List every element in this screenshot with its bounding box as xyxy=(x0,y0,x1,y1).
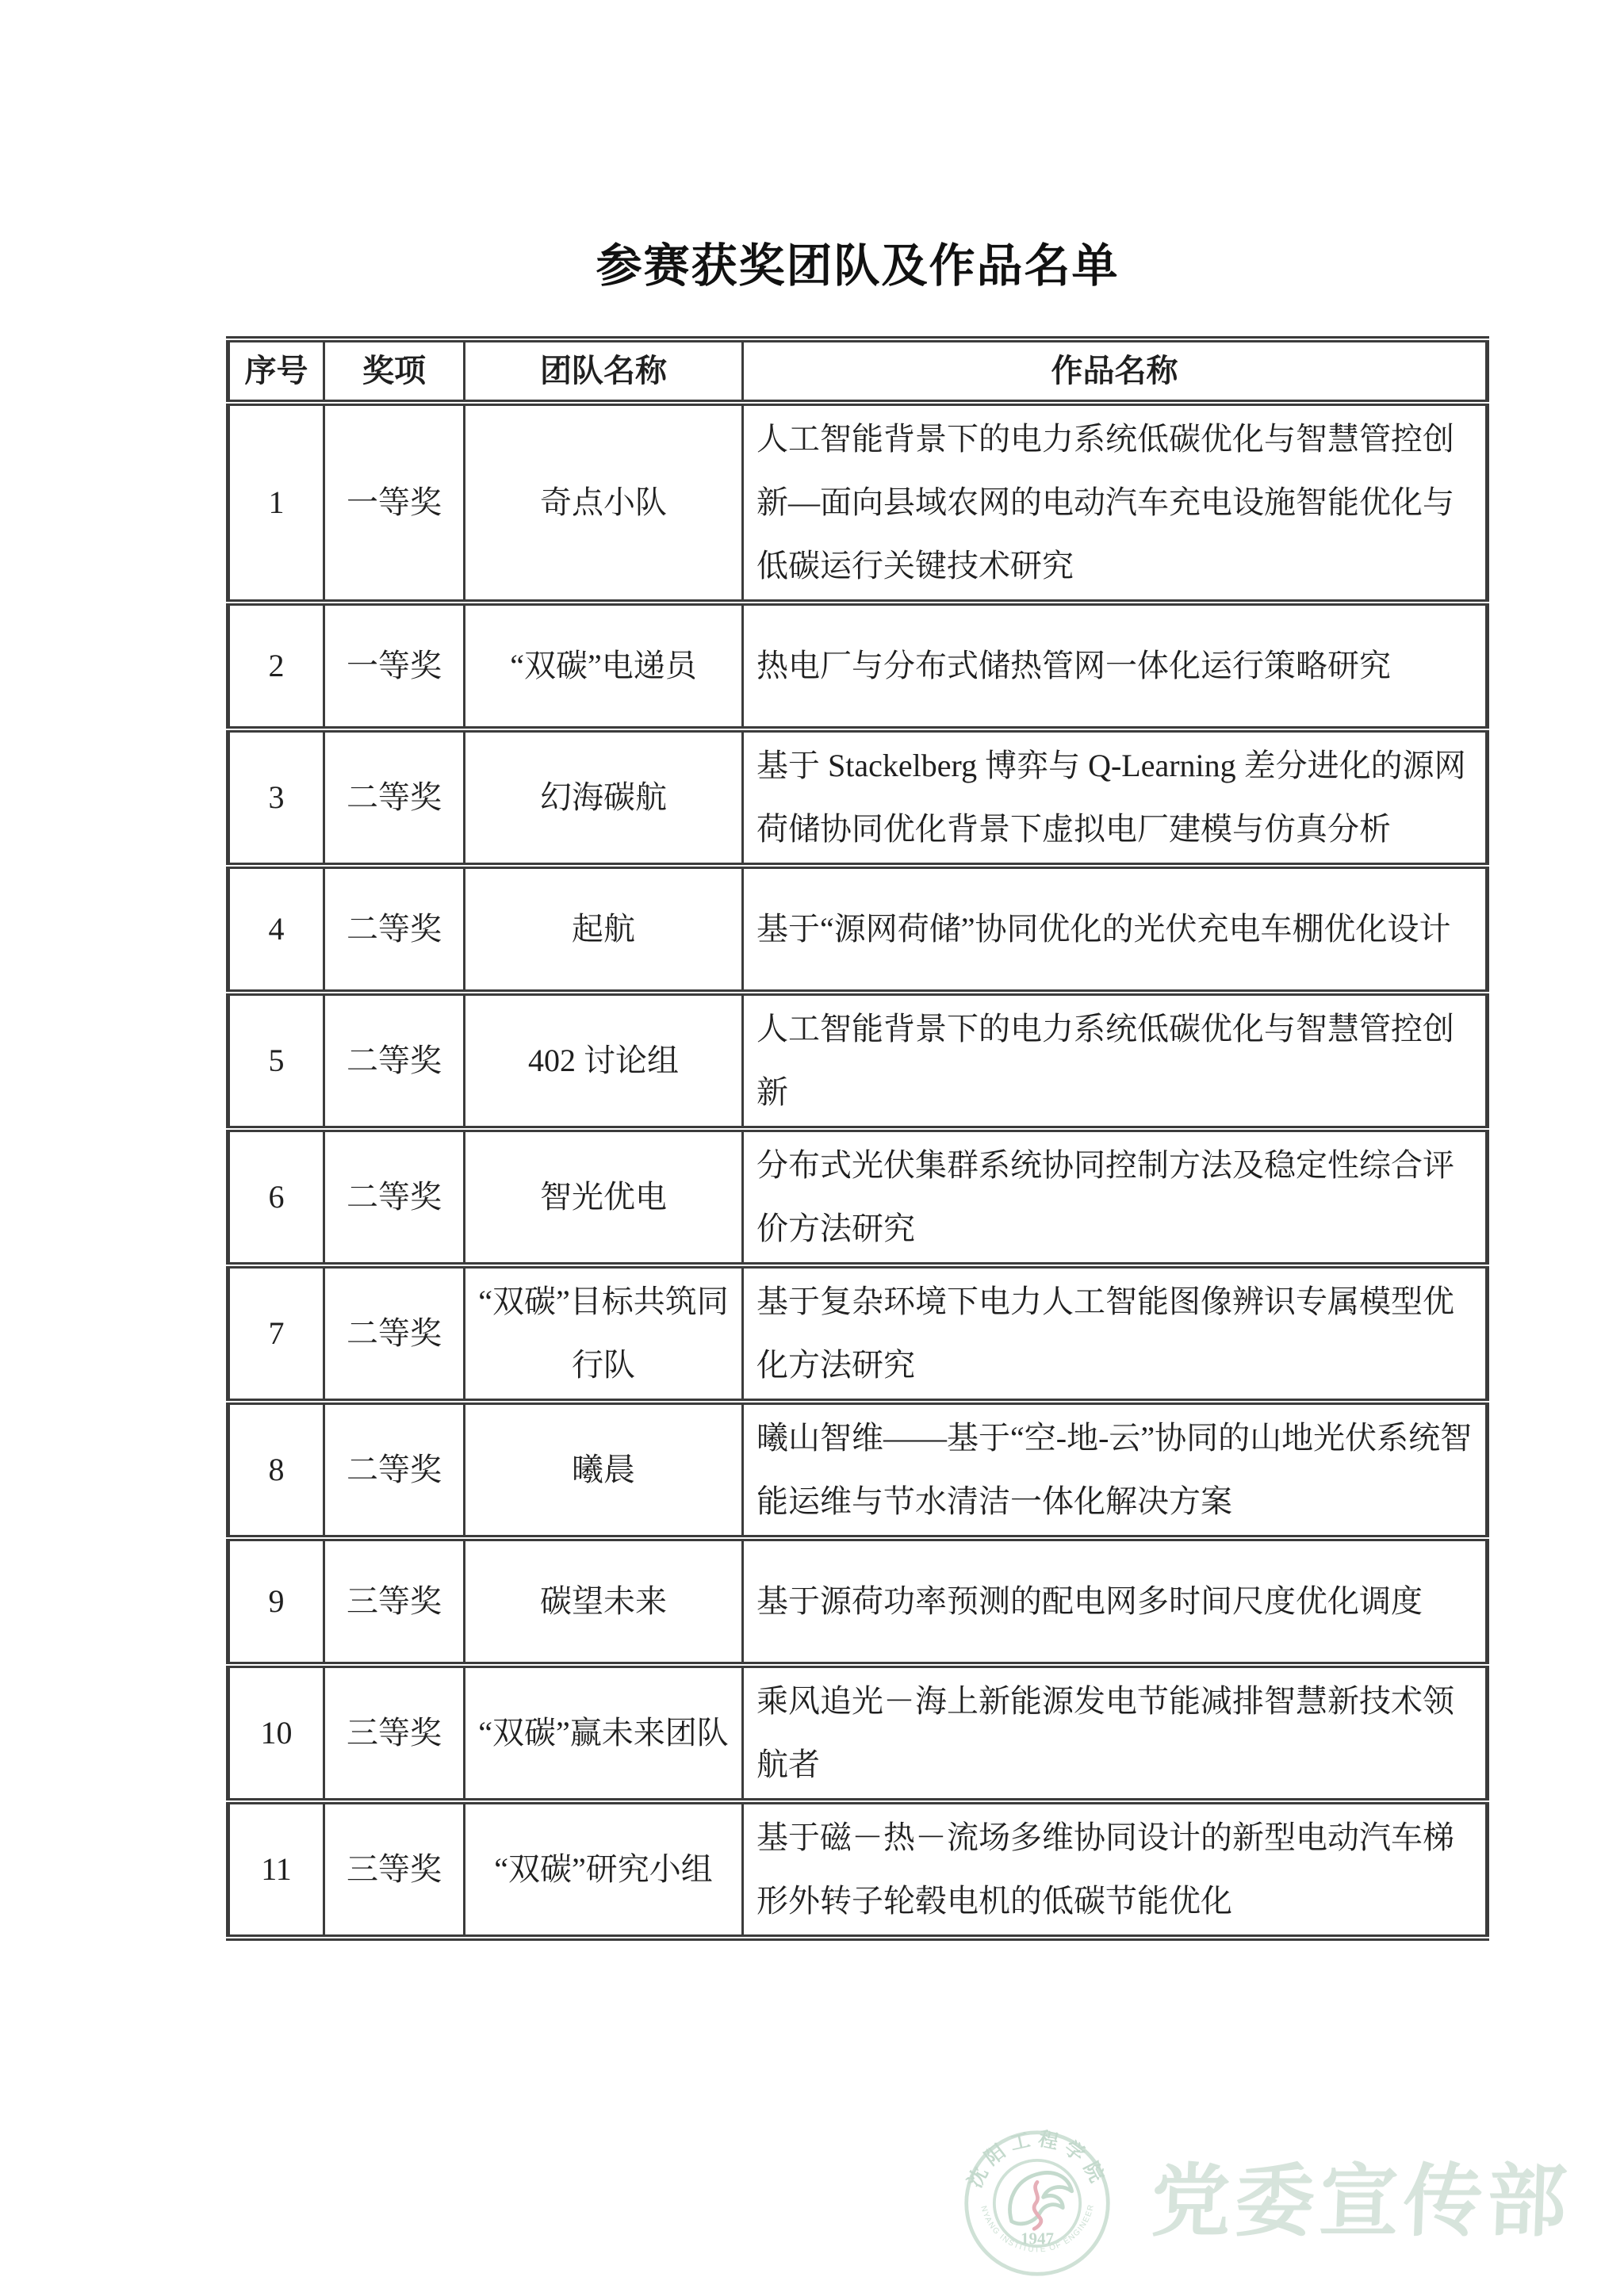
table-row: 3 二等奖 幻海碳航 基于 Stackelberg 博弈与 Q-Learning… xyxy=(228,729,1488,866)
team-cell: “双碳”赢未来团队 xyxy=(465,1665,743,1801)
team-cell: 碳望未来 xyxy=(465,1538,743,1665)
award-cell: 三等奖 xyxy=(324,1801,465,1938)
award-cell: 二等奖 xyxy=(324,1265,465,1402)
document-page: 参赛获奖团队及作品名单 序号 奖项 团队名称 作品名称 1 一等奖 奇点小队 人… xyxy=(0,0,1624,2296)
no-cell: 8 xyxy=(228,1402,324,1538)
award-cell: 二等奖 xyxy=(324,729,465,866)
work-cell: 基于 Stackelberg 博弈与 Q-Learning 差分进化的源网荷储协… xyxy=(743,729,1488,866)
no-cell: 1 xyxy=(228,403,324,603)
no-cell: 3 xyxy=(228,729,324,866)
award-cell: 二等奖 xyxy=(324,866,465,993)
no-cell: 2 xyxy=(228,603,324,729)
award-cell: 三等奖 xyxy=(324,1665,465,1801)
work-cell: 基于源荷功率预测的配电网多时间尺度优化调度 xyxy=(743,1538,1488,1665)
work-cell: 基于复杂环境下电力人工智能图像辨识专属模型优化方法研究 xyxy=(743,1265,1488,1402)
team-cell: 智光优电 xyxy=(465,1129,743,1265)
work-cell: 曦山智维——基于“空-地-云”协同的山地光伏系统智能运维与节水清洁一体化解决方案 xyxy=(743,1402,1488,1538)
table-row: 9 三等奖 碳望未来 基于源荷功率预测的配电网多时间尺度优化调度 xyxy=(228,1538,1488,1665)
propaganda-dept-watermark: 党委宣传部 xyxy=(1149,2137,1585,2252)
team-cell: “双碳”研究小组 xyxy=(465,1801,743,1938)
no-cell: 11 xyxy=(228,1801,324,1938)
awards-table: 序号 奖项 团队名称 作品名称 1 一等奖 奇点小队 人工智能背景下的电力系统低… xyxy=(226,336,1489,1941)
header-work: 作品名称 xyxy=(743,339,1488,403)
award-cell: 二等奖 xyxy=(324,1402,465,1538)
team-cell: 402 讨论组 xyxy=(465,993,743,1129)
university-seal: 沈阳工程学院 SHENYANG INSTITUTE OF ENGINEERING… xyxy=(962,2128,1113,2279)
work-cell: 人工智能背景下的电力系统低碳优化与智慧管控创新 xyxy=(743,993,1488,1129)
award-cell: 一等奖 xyxy=(324,403,465,603)
table-row: 4 二等奖 起航 基于“源网荷储”协同优化的光伏充电车棚优化设计 xyxy=(228,866,1488,993)
header-no: 序号 xyxy=(228,339,324,403)
team-cell: 曦晨 xyxy=(465,1402,743,1538)
table-row: 1 一等奖 奇点小队 人工智能背景下的电力系统低碳优化与智慧管控创新—面向县域农… xyxy=(228,403,1488,603)
work-cell: 人工智能背景下的电力系统低碳优化与智慧管控创新—面向县域农网的电动汽车充电设施智… xyxy=(743,403,1488,603)
no-cell: 7 xyxy=(228,1265,324,1402)
team-cell: 幻海碳航 xyxy=(465,729,743,866)
header-team: 团队名称 xyxy=(465,339,743,403)
table-row: 10 三等奖 “双碳”赢未来团队 乘风追光－海上新能源发电节能减排智慧新技术领航… xyxy=(228,1665,1488,1801)
award-cell: 三等奖 xyxy=(324,1538,465,1665)
table-row: 6 二等奖 智光优电 分布式光伏集群系统协同控制方法及稳定性综合评价方法研究 xyxy=(228,1129,1488,1265)
no-cell: 9 xyxy=(228,1538,324,1665)
work-cell: 乘风追光－海上新能源发电节能减排智慧新技术领航者 xyxy=(743,1665,1488,1801)
work-cell: 分布式光伏集群系统协同控制方法及稳定性综合评价方法研究 xyxy=(743,1129,1488,1265)
seal-flame-icon xyxy=(1034,2182,1041,2229)
table-row: 11 三等奖 “双碳”研究小组 基于磁－热－流场多维协同设计的新型电动汽车梯形外… xyxy=(228,1801,1488,1938)
no-cell: 10 xyxy=(228,1665,324,1801)
team-cell: 起航 xyxy=(465,866,743,993)
no-cell: 4 xyxy=(228,866,324,993)
table-row: 5 二等奖 402 讨论组 人工智能背景下的电力系统低碳优化与智慧管控创新 xyxy=(228,993,1488,1129)
table-row: 2 一等奖 “双碳”电递员 热电厂与分布式储热管网一体化运行策略研究 xyxy=(228,603,1488,729)
table-header-row: 序号 奖项 团队名称 作品名称 xyxy=(228,339,1488,403)
no-cell: 5 xyxy=(228,993,324,1129)
work-cell: 热电厂与分布式储热管网一体化运行策略研究 xyxy=(743,603,1488,729)
header-award: 奖项 xyxy=(324,339,465,403)
no-cell: 6 xyxy=(228,1129,324,1265)
work-cell: 基于“源网荷储”协同优化的光伏充电车棚优化设计 xyxy=(743,866,1488,993)
award-cell: 二等奖 xyxy=(324,993,465,1129)
page-title: 参赛获奖团队及作品名单 xyxy=(226,228,1489,295)
table-row: 7 二等奖 “双碳”目标共筑同行队 基于复杂环境下电力人工智能图像辨识专属模型优… xyxy=(228,1265,1488,1402)
award-cell: 二等奖 xyxy=(324,1129,465,1265)
team-cell: “双碳”目标共筑同行队 xyxy=(465,1265,743,1402)
team-cell: “双碳”电递员 xyxy=(465,603,743,729)
work-cell: 基于磁－热－流场多维协同设计的新型电动汽车梯形外转子轮毂电机的低碳节能优化 xyxy=(743,1801,1488,1938)
table-row: 8 二等奖 曦晨 曦山智维——基于“空-地-云”协同的山地光伏系统智能运维与节水… xyxy=(228,1402,1488,1538)
seal-year: 1947 xyxy=(1021,2229,1054,2248)
team-cell: 奇点小队 xyxy=(465,403,743,603)
award-cell: 一等奖 xyxy=(324,603,465,729)
